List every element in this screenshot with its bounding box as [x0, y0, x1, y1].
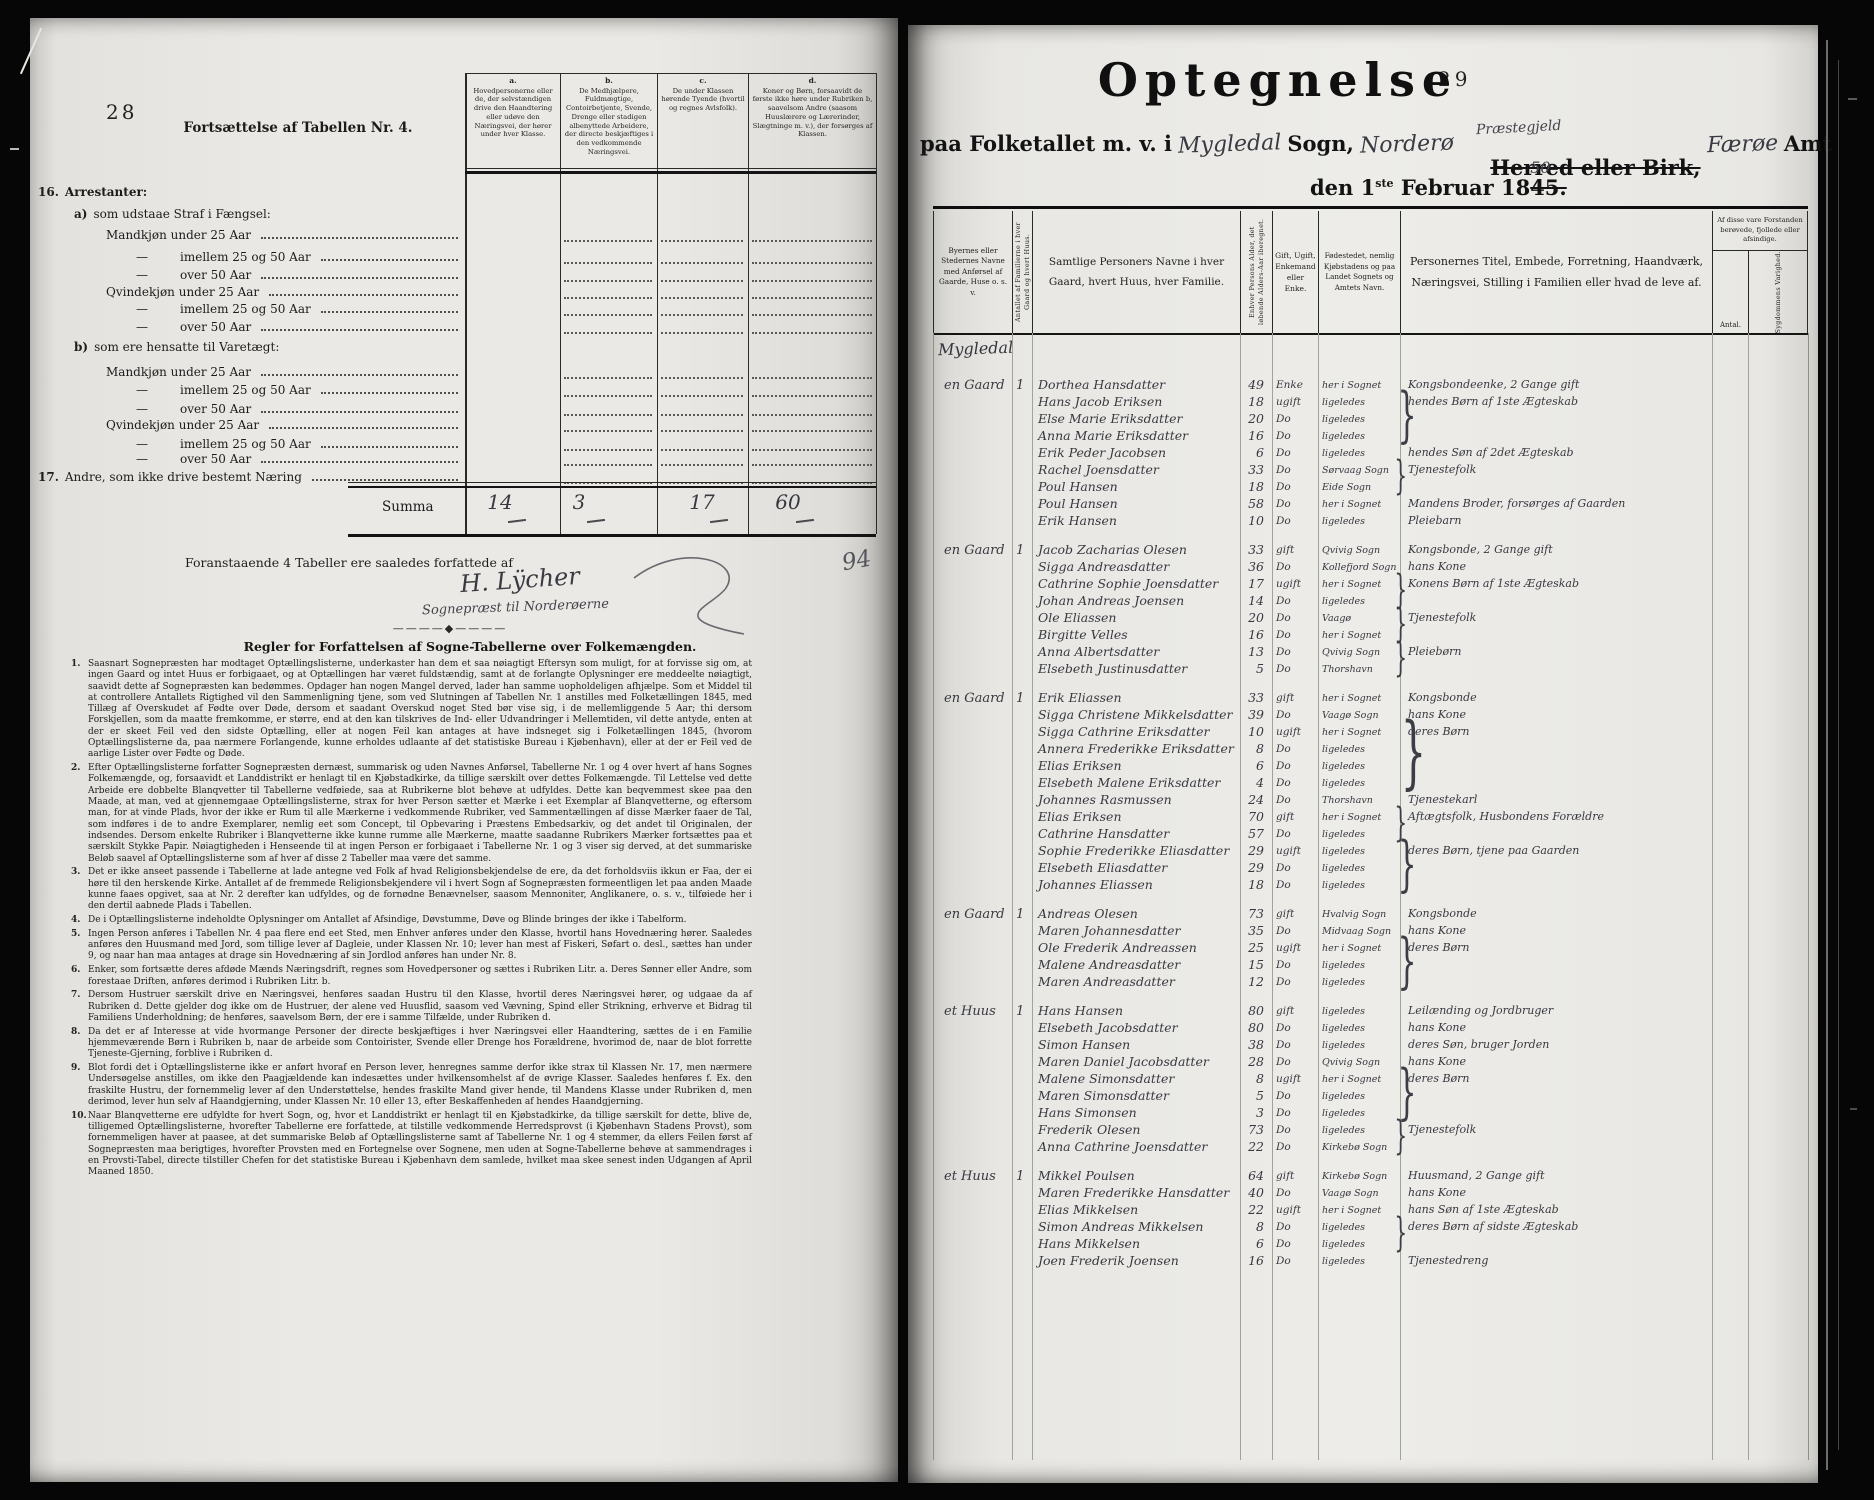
person-marital-status: Do: [1276, 862, 1291, 874]
table4-empty-cell-dots: [661, 414, 743, 416]
person-name: Erik Peder Jacobsen: [1038, 445, 1166, 460]
leader-dots: [261, 237, 458, 239]
person-name: Malene Simonsdatter: [1038, 1071, 1174, 1086]
person-name: Elsebeth Jacobsdatter: [1038, 1020, 1178, 1035]
table4-empty-cell-dots: [661, 297, 743, 299]
person-marital-status: ugift: [1276, 1073, 1301, 1085]
rule-number: 9.: [71, 1063, 80, 1074]
person-age: 4: [1238, 775, 1264, 790]
person-occupation: hans Kone: [1408, 924, 1466, 937]
table4-right-border: [876, 73, 877, 534]
rule-text: Efter Optællingslisterne forfatter Sogne…: [88, 763, 752, 863]
leader-dots: [261, 277, 458, 279]
person-occupation: Kongsbonde: [1408, 907, 1477, 920]
person-name: Annera Frederikke Eriksdatter: [1038, 741, 1234, 756]
person-marital-status: Do: [1276, 976, 1291, 988]
person-birthplace: ligeledes: [1322, 761, 1365, 772]
summa-value: 17: [672, 490, 732, 514]
person-marital-status: ugift: [1276, 942, 1301, 954]
person-name: Hans Jacob Eriksen: [1038, 394, 1162, 409]
census-row: Jacob Zacharias Olesen33giftQvivig SognK…: [908, 542, 1818, 559]
person-age: 29: [1238, 860, 1264, 875]
person-age: 39: [1238, 707, 1264, 722]
person-birthplace: Midvaag Sogn: [1322, 926, 1391, 937]
person-birthplace: her i Sognet: [1322, 499, 1381, 510]
table4-empty-cell-dots: [661, 377, 743, 379]
person-occupation: Mandens Broder, forsørges af Gaarden: [1408, 497, 1625, 510]
census-row: Simon Hansen38Doligeledesderes Søn, brug…: [908, 1037, 1818, 1054]
person-marital-status: Do: [1276, 1022, 1291, 1034]
person-age: 3: [1238, 1105, 1264, 1120]
rule-number: 10.: [71, 1111, 87, 1122]
person-age: 13: [1238, 644, 1264, 659]
person-marital-status: Do: [1276, 515, 1291, 527]
census-row: Sigga Andreasdatter36DoKollefjord Sognha…: [908, 559, 1818, 576]
person-age: 10: [1238, 513, 1264, 528]
person-occupation: hans Kone: [1408, 1055, 1466, 1068]
row-text: Qvindekjøn under 25 Aar: [106, 418, 259, 432]
person-name: Elsebeth Justinusdatter: [1038, 661, 1187, 676]
col-text: Koner og Børn, forsaavidt de første ikke…: [753, 87, 873, 139]
row-text: imellem 25 og 50 Aar: [180, 437, 311, 451]
row-number: a): [74, 207, 87, 221]
person-name: Mikkel Poulsen: [1038, 1168, 1135, 1183]
person-birthplace: Qvivig Sogn: [1322, 647, 1380, 658]
person-marital-status: gift: [1276, 908, 1294, 920]
person-name: Sigga Christene Mikkelsdatter: [1038, 707, 1232, 722]
table4-row: b)som ere hensatte til Varetægt:: [74, 340, 279, 354]
person-name: Cathrine Hansdatter: [1038, 826, 1169, 841]
row-number: 17.: [38, 470, 59, 484]
person-marital-status: Do: [1276, 663, 1291, 675]
person-occupation: deres Børn af sidste Ægteskab: [1408, 1220, 1578, 1233]
person-marital-status: Do: [1276, 1056, 1291, 1068]
table4-row: —over 50 Aar: [106, 320, 462, 334]
row-label: Qvindekjøn under 25 Aar: [106, 285, 259, 299]
person-occupation: Aftægtsfolk, Husbondens Forældre: [1408, 810, 1604, 823]
person-age: 24: [1238, 792, 1264, 807]
person-birthplace: her i Sognet: [1322, 1074, 1381, 1085]
rule-item: 1.Saasnart Sognepræsten har modtaget Opt…: [88, 659, 752, 761]
person-name: Elsebeth Eliasdatter: [1038, 860, 1167, 875]
person-birthplace: Thorshavn: [1322, 795, 1373, 806]
row-number: 16.: [38, 185, 59, 199]
row-label: —imellem 25 og 50 Aar: [106, 437, 311, 451]
person-occupation: deres Søn, bruger Jorden: [1408, 1038, 1549, 1051]
person-birthplace: ligeledes: [1322, 960, 1365, 971]
person-birthplace: her i Sognet: [1322, 1205, 1381, 1216]
person-age: 29: [1238, 843, 1264, 858]
person-name: Erik Hansen: [1038, 513, 1117, 528]
person-age: 73: [1238, 906, 1264, 921]
rule-number: 6.: [71, 965, 80, 976]
table4-col-header-b: b.De Medhjælpere, Fuldmægtige, Contoirbe…: [561, 74, 657, 168]
table4-empty-cell-dots: [752, 297, 872, 299]
person-age: 16: [1238, 627, 1264, 642]
person-birthplace: ligeledes: [1322, 1256, 1365, 1267]
person-name: Elias Mikkelsen: [1038, 1202, 1138, 1217]
person-occupation: hendes Søn af 2det Ægteskab: [1408, 446, 1574, 459]
person-birthplace: her i Sognet: [1322, 579, 1381, 590]
person-birthplace: ligeledes: [1322, 1239, 1365, 1250]
table4-empty-cell-dots: [752, 280, 872, 282]
row-label: —imellem 25 og 50 Aar: [106, 250, 311, 264]
person-age: 14: [1238, 593, 1264, 608]
leader-dots: [269, 427, 458, 429]
person-age: 16: [1238, 428, 1264, 443]
table4-empty-cell-dots: [661, 240, 743, 242]
census-row: Hans Jacob Eriksen18ugiftligeledeshendes…: [908, 394, 1818, 411]
person-birthplace: Kirkebø Sogn: [1322, 1171, 1387, 1182]
table4-row: —imellem 25 og 50 Aar: [106, 302, 462, 316]
rules-list: 1.Saasnart Sognepræsten har modtaget Opt…: [88, 659, 752, 1181]
table4-header-bottom-thin: [465, 168, 876, 169]
person-occupation: hendes Børn af 1ste Ægteskab: [1408, 395, 1578, 408]
leader-dots: [321, 311, 458, 313]
person-birthplace: ligeledes: [1322, 846, 1365, 857]
table4-empty-cell-dots: [752, 262, 872, 264]
table4-empty-cell-dots: [661, 314, 743, 316]
row-text: imellem 25 og 50 Aar: [180, 302, 311, 316]
census-row: Erik Peder Jacobsen6Doligeledeshendes Sø…: [908, 445, 1818, 462]
row-label: —over 50 Aar: [106, 268, 251, 282]
table4-empty-cell-dots: [752, 240, 872, 242]
person-name: Malene Andreasdatter: [1038, 957, 1180, 972]
person-occupation: Tjenestedreng: [1408, 1254, 1488, 1267]
row-text: Mandkjøn under 25 Aar: [106, 365, 251, 379]
row-text: over 50 Aar: [180, 320, 251, 334]
person-name: Simon Andreas Mikkelsen: [1038, 1219, 1203, 1234]
person-age: 8: [1238, 1219, 1264, 1234]
census-row: Elias Eriksen6Doligeledes: [908, 758, 1818, 775]
census-row: Elsebeth Eliasdatter29Doligeledes: [908, 860, 1818, 877]
person-occupation: deres Børn: [1408, 941, 1470, 954]
person-name: Erik Eliassen: [1038, 690, 1122, 705]
person-name: Cathrine Sophie Joensdatter: [1038, 576, 1218, 591]
person-marital-status: Do: [1276, 595, 1291, 607]
person-age: 25: [1238, 940, 1264, 955]
rule-number: 8.: [71, 1027, 80, 1038]
census-row: Birgitte Velles16Doher i Sognet: [908, 627, 1818, 644]
rule-text: Ingen Person anføres i Tabellen Nr. 4 pa…: [88, 929, 752, 962]
person-name: Anna Cathrine Joensdatter: [1038, 1139, 1207, 1154]
table4-empty-cell-dots: [564, 464, 652, 466]
census-row: Sigga Christene Mikkelsdatter39DoVaagø S…: [908, 707, 1818, 724]
census-row: Poul Hansen58Doher i SognetMandens Brode…: [908, 496, 1818, 513]
person-birthplace: Vaagø Sogn: [1322, 1188, 1379, 1199]
person-birthplace: ligeledes: [1322, 977, 1365, 988]
person-marital-status: Do: [1276, 1090, 1291, 1102]
rule-number: 1.: [71, 659, 80, 670]
person-birthplace: ligeledes: [1322, 397, 1365, 408]
person-name: Maren Johannesdatter: [1038, 923, 1180, 938]
person-birthplace: ligeledes: [1322, 1222, 1365, 1233]
rule-item: 8.Da det er af Interesse at vide hvorman…: [88, 1027, 752, 1061]
person-age: 6: [1238, 445, 1264, 460]
person-name: Birgitte Velles: [1038, 627, 1128, 642]
person-age: 70: [1238, 809, 1264, 824]
person-age: 57: [1238, 826, 1264, 841]
person-birthplace: ligeledes: [1322, 516, 1365, 527]
section-divider-ornament: ————◆————: [360, 622, 540, 635]
person-age: 40: [1238, 1185, 1264, 1200]
rule-item: 10.Naar Blanqvetterne ere udfyldte for h…: [88, 1111, 752, 1179]
person-marital-status: gift: [1276, 811, 1294, 823]
person-birthplace: ligeledes: [1322, 880, 1365, 891]
person-marital-status: Do: [1276, 828, 1291, 840]
table4-empty-cell-dots: [661, 449, 743, 451]
census-row: Else Marie Eriksdatter20Doligeledes: [908, 411, 1818, 428]
person-name: Maren Andreasdatter: [1038, 974, 1175, 989]
person-age: 36: [1238, 559, 1264, 574]
person-name: Else Marie Eriksdatter: [1038, 411, 1182, 426]
census-row: Simon Andreas Mikkelsen8Doligeledesderes…: [908, 1219, 1818, 1236]
summa-value-dash: [587, 519, 605, 523]
person-birthplace: her i Sognet: [1322, 693, 1381, 704]
row-number: b): [74, 340, 88, 354]
row-text: over 50 Aar: [180, 452, 251, 466]
rule-item: 2.Efter Optællingslisterne forfatter Sog…: [88, 763, 752, 865]
col-letter: c.: [661, 77, 745, 86]
rule-text: Naar Blanqvetterne ere udfyldte for hver…: [88, 1111, 752, 1177]
person-birthplace: Hvalvig Sogn: [1322, 909, 1386, 920]
rule-text: Enker, som fortsætte deres afdøde Mænds …: [88, 965, 752, 986]
table4-empty-cell-dots: [564, 414, 652, 416]
census-row: Hans Hansen80giftligeledesLeilænding og …: [908, 1003, 1818, 1020]
leader-dots: [261, 329, 458, 331]
person-birthplace: ligeledes: [1322, 596, 1365, 607]
person-occupation: Tjenestefolk: [1408, 463, 1476, 476]
table4-empty-cell-dots: [752, 414, 872, 416]
person-birthplace: Sørvaag Sogn: [1322, 465, 1389, 476]
person-age: 18: [1238, 877, 1264, 892]
census-row: Anna Marie Eriksdatter16Doligeledes: [908, 428, 1818, 445]
person-age: 38: [1238, 1037, 1264, 1052]
census-row: Elias Mikkelsen22ugifther i Sognethans S…: [908, 1202, 1818, 1219]
page-stack-edge-line: [1838, 60, 1839, 1450]
person-marital-status: Do: [1276, 629, 1291, 641]
rule-item: 9.Blot fordi det i Optællingslisterne ik…: [88, 1063, 752, 1108]
person-marital-status: gift: [1276, 1170, 1294, 1182]
census-row: Elias Eriksen70gifther i SognetAftægtsfo…: [908, 809, 1818, 826]
row-label: —imellem 25 og 50 Aar: [106, 383, 311, 397]
table4-empty-cell-dots: [564, 430, 652, 432]
table4-empty-cell-dots: [564, 332, 652, 334]
leader-dots: [321, 446, 458, 448]
census-row: Erik Hansen10DoligeledesPleiebarn: [908, 513, 1818, 530]
row-text: imellem 25 og 50 Aar: [180, 250, 311, 264]
person-name: Sigga Cathrine Eriksdatter: [1038, 724, 1209, 739]
table4-col-header-a: a.Hovedpersonerne eller de, der selvstæn…: [466, 74, 560, 168]
person-marital-status: Do: [1276, 1124, 1291, 1136]
rules-heading: Regler for Forfattelsen af Sogne-Tabelle…: [150, 639, 790, 654]
summa-label: Summa: [382, 499, 434, 515]
leader-dots: [312, 479, 458, 481]
person-name: Johan Andreas Joensen: [1038, 593, 1184, 608]
person-age: 28: [1238, 1054, 1264, 1069]
table4-row: Qvindekjøn under 25 Aar: [106, 285, 462, 299]
person-marital-status: Do: [1276, 1039, 1291, 1051]
page-stack-edge-line: [1826, 40, 1828, 1470]
person-name: Joen Frederik Joensen: [1038, 1253, 1179, 1268]
person-marital-status: gift: [1276, 544, 1294, 556]
person-birthplace: ligeledes: [1322, 414, 1365, 425]
census-row: Maren Daniel Jacobsdatter28DoQvivig Sogn…: [908, 1054, 1818, 1071]
person-name: Johannes Rasmussen: [1038, 792, 1172, 807]
census-row: Maren Johannesdatter35DoMidvaag Sognhans…: [908, 923, 1818, 940]
census-row: Hans Simonsen3Doligeledes: [908, 1105, 1818, 1122]
census-row: Malene Simonsdatter8ugifther i Sognetder…: [908, 1071, 1818, 1088]
person-marital-status: gift: [1276, 1005, 1294, 1017]
person-birthplace: ligeledes: [1322, 863, 1365, 874]
person-age: 22: [1238, 1139, 1264, 1154]
person-occupation: Kongsbondeenke, 2 Gange gift: [1408, 378, 1579, 391]
person-age: 16: [1238, 1253, 1264, 1268]
person-age: 80: [1238, 1003, 1264, 1018]
person-marital-status: Do: [1276, 612, 1291, 624]
scan-margin-mark: [1850, 1108, 1857, 1110]
summa-value: 3: [549, 490, 609, 514]
left-page: 28 Fortsættelse af Tabellen Nr. 4. a.Hov…: [30, 18, 898, 1482]
leader-dots: [321, 392, 458, 394]
row-text: som udstaae Straf i Fængsel:: [93, 207, 270, 221]
row-text: over 50 Aar: [180, 268, 251, 282]
row-label: —imellem 25 og 50 Aar: [106, 302, 311, 316]
census-row: Sigga Cathrine Eriksdatter10ugifther i S…: [908, 724, 1818, 741]
person-birthplace: Eide Sogn: [1322, 482, 1371, 493]
census-row: Poul Hansen18DoEide Sogn: [908, 479, 1818, 496]
rule-item: 4.De i Optællingslisterne indeholdte Opl…: [88, 915, 752, 926]
person-age: 8: [1238, 741, 1264, 756]
summa-value: 60: [758, 490, 818, 514]
summa-value: 14: [470, 490, 530, 514]
person-birthplace: ligeledes: [1322, 778, 1365, 789]
person-name: Maren Daniel Jacobsdatter: [1038, 1054, 1209, 1069]
row-label: 16.Arrestanter:: [38, 185, 147, 199]
person-name: Poul Hansen: [1038, 496, 1118, 511]
table4-empty-cell-dots: [661, 280, 743, 282]
table4-empty-cell-dots: [564, 449, 652, 451]
ditto-dash: —: [136, 437, 148, 451]
census-row: Johan Andreas Joensen14Doligeledes: [908, 593, 1818, 610]
person-name: Ole Eliassen: [1038, 610, 1116, 625]
person-occupation: Tjenestekarl: [1408, 793, 1477, 806]
table4-row: —imellem 25 og 50 Aar: [106, 437, 462, 451]
person-name: Elsebeth Malene Eriksdatter: [1038, 775, 1220, 790]
person-name: Dorthea Hansdatter: [1038, 377, 1165, 392]
census-row: Erik Eliassen33gifther i SognetKongsbond…: [908, 690, 1818, 707]
person-name: Elias Eriksen: [1038, 809, 1122, 824]
table4-row: a)som udstaae Straf i Fængsel:: [74, 207, 271, 221]
person-birthplace: her i Sognet: [1322, 380, 1381, 391]
person-birthplace: Kollefjord Sogn: [1322, 562, 1397, 573]
row-label: 17.Andre, som ikke drive bestemt Næring: [38, 470, 302, 484]
row-label: —over 50 Aar: [106, 452, 251, 466]
person-occupation: hans Kone: [1408, 1021, 1466, 1034]
table4-empty-cell-dots: [564, 377, 652, 379]
table4-header-bottom-thick: [465, 171, 876, 174]
person-occupation: deres Børn, tjene paa Gaarden: [1408, 844, 1579, 857]
census-row: Cathrine Sophie Joensdatter17ugifther i …: [908, 576, 1818, 593]
leader-dots: [269, 294, 458, 296]
person-age: 33: [1238, 542, 1264, 557]
left-page-number: 28: [106, 100, 137, 124]
person-age: 20: [1238, 411, 1264, 426]
census-row: Malene Andreasdatter15Doligeledes: [908, 957, 1818, 974]
person-occupation: Pleiebørn: [1408, 645, 1461, 658]
person-name: Jacob Zacharias Olesen: [1038, 542, 1187, 557]
person-occupation: hans Kone: [1408, 560, 1466, 573]
census-row: Hans Mikkelsen6Doligeledes: [908, 1236, 1818, 1253]
person-occupation: deres Børn: [1408, 1072, 1470, 1085]
ditto-dash: —: [136, 320, 148, 334]
person-name: Johannes Eliassen: [1038, 877, 1153, 892]
ditto-dash: —: [136, 268, 148, 282]
person-age: 33: [1238, 462, 1264, 477]
person-marital-status: Do: [1276, 430, 1291, 442]
person-name: Simon Hansen: [1038, 1037, 1130, 1052]
person-name: Anna Albertsdatter: [1038, 644, 1159, 659]
person-marital-status: Do: [1276, 464, 1291, 476]
table4-empty-cell-dots: [564, 240, 652, 242]
table4-empty-cell-dots: [661, 430, 743, 432]
table4-row: —over 50 Aar: [106, 452, 462, 466]
census-row: Johannes Eliassen18Doligeledes: [908, 877, 1818, 894]
person-marital-status: Do: [1276, 709, 1291, 721]
person-occupation: Pleiebarn: [1408, 514, 1461, 527]
table4-empty-cell-dots: [564, 280, 652, 282]
person-birthplace: Vaagø: [1322, 613, 1351, 624]
table4-col-header-d: d.Koner og Børn, forsaavidt de første ik…: [749, 74, 876, 168]
rule-text: De i Optællingslisterne indeholdte Oplys…: [88, 915, 687, 925]
person-age: 80: [1238, 1020, 1264, 1035]
ditto-dash: —: [136, 402, 148, 416]
person-birthplace: her i Sognet: [1322, 812, 1381, 823]
row-label: —over 50 Aar: [106, 402, 251, 416]
person-marital-status: Do: [1276, 498, 1291, 510]
table4-row: 16.Arrestanter:: [38, 185, 147, 199]
person-name: Andreas Olesen: [1038, 906, 1138, 921]
person-age: 58: [1238, 496, 1264, 511]
person-name: Ole Frederik Andreassen: [1038, 940, 1197, 955]
census-row: Ole Frederik Andreassen25ugifther i Sogn…: [908, 940, 1818, 957]
col-text: De Medhjælpere, Fuldmægtige, Contoirbetj…: [565, 87, 653, 156]
person-marital-status: Do: [1276, 413, 1291, 425]
row-label: b)som ere hensatte til Varetægt:: [74, 340, 279, 354]
table4-empty-cell-dots: [752, 377, 872, 379]
table4-empty-cell-dots: [752, 314, 872, 316]
person-birthplace: Thorshavn: [1322, 664, 1373, 675]
census-row: Elsebeth Justinusdatter5DoThorshavn: [908, 661, 1818, 678]
summa-value-dash: [710, 519, 728, 523]
person-name: Maren Frederikke Hansdatter: [1038, 1185, 1229, 1200]
table4-row: Mandkjøn under 25 Aar: [106, 228, 462, 242]
table4-empty-cell-dots: [752, 395, 872, 397]
table4-row: —imellem 25 og 50 Aar: [106, 250, 462, 264]
table4-row: Mandkjøn under 25 Aar: [106, 365, 462, 379]
rule-number: 5.: [71, 929, 80, 940]
census-row: Rachel Joensdatter33DoSørvaag SognTjenes…: [908, 462, 1818, 479]
table4-empty-cell-dots: [752, 332, 872, 334]
person-birthplace: her i Sognet: [1322, 727, 1381, 738]
person-birthplace: Qvivig Sogn: [1322, 1057, 1380, 1068]
person-birthplace: ligeledes: [1322, 1023, 1365, 1034]
person-occupation: Konens Børn af 1ste Ægteskab: [1408, 577, 1579, 590]
person-occupation: Kongsbonde, 2 Gange gift: [1408, 543, 1553, 556]
person-marital-status: Do: [1276, 794, 1291, 806]
leader-dots: [261, 461, 458, 463]
census-row: Sophie Frederikke Eliasdatter29ugiftlige…: [908, 843, 1818, 860]
